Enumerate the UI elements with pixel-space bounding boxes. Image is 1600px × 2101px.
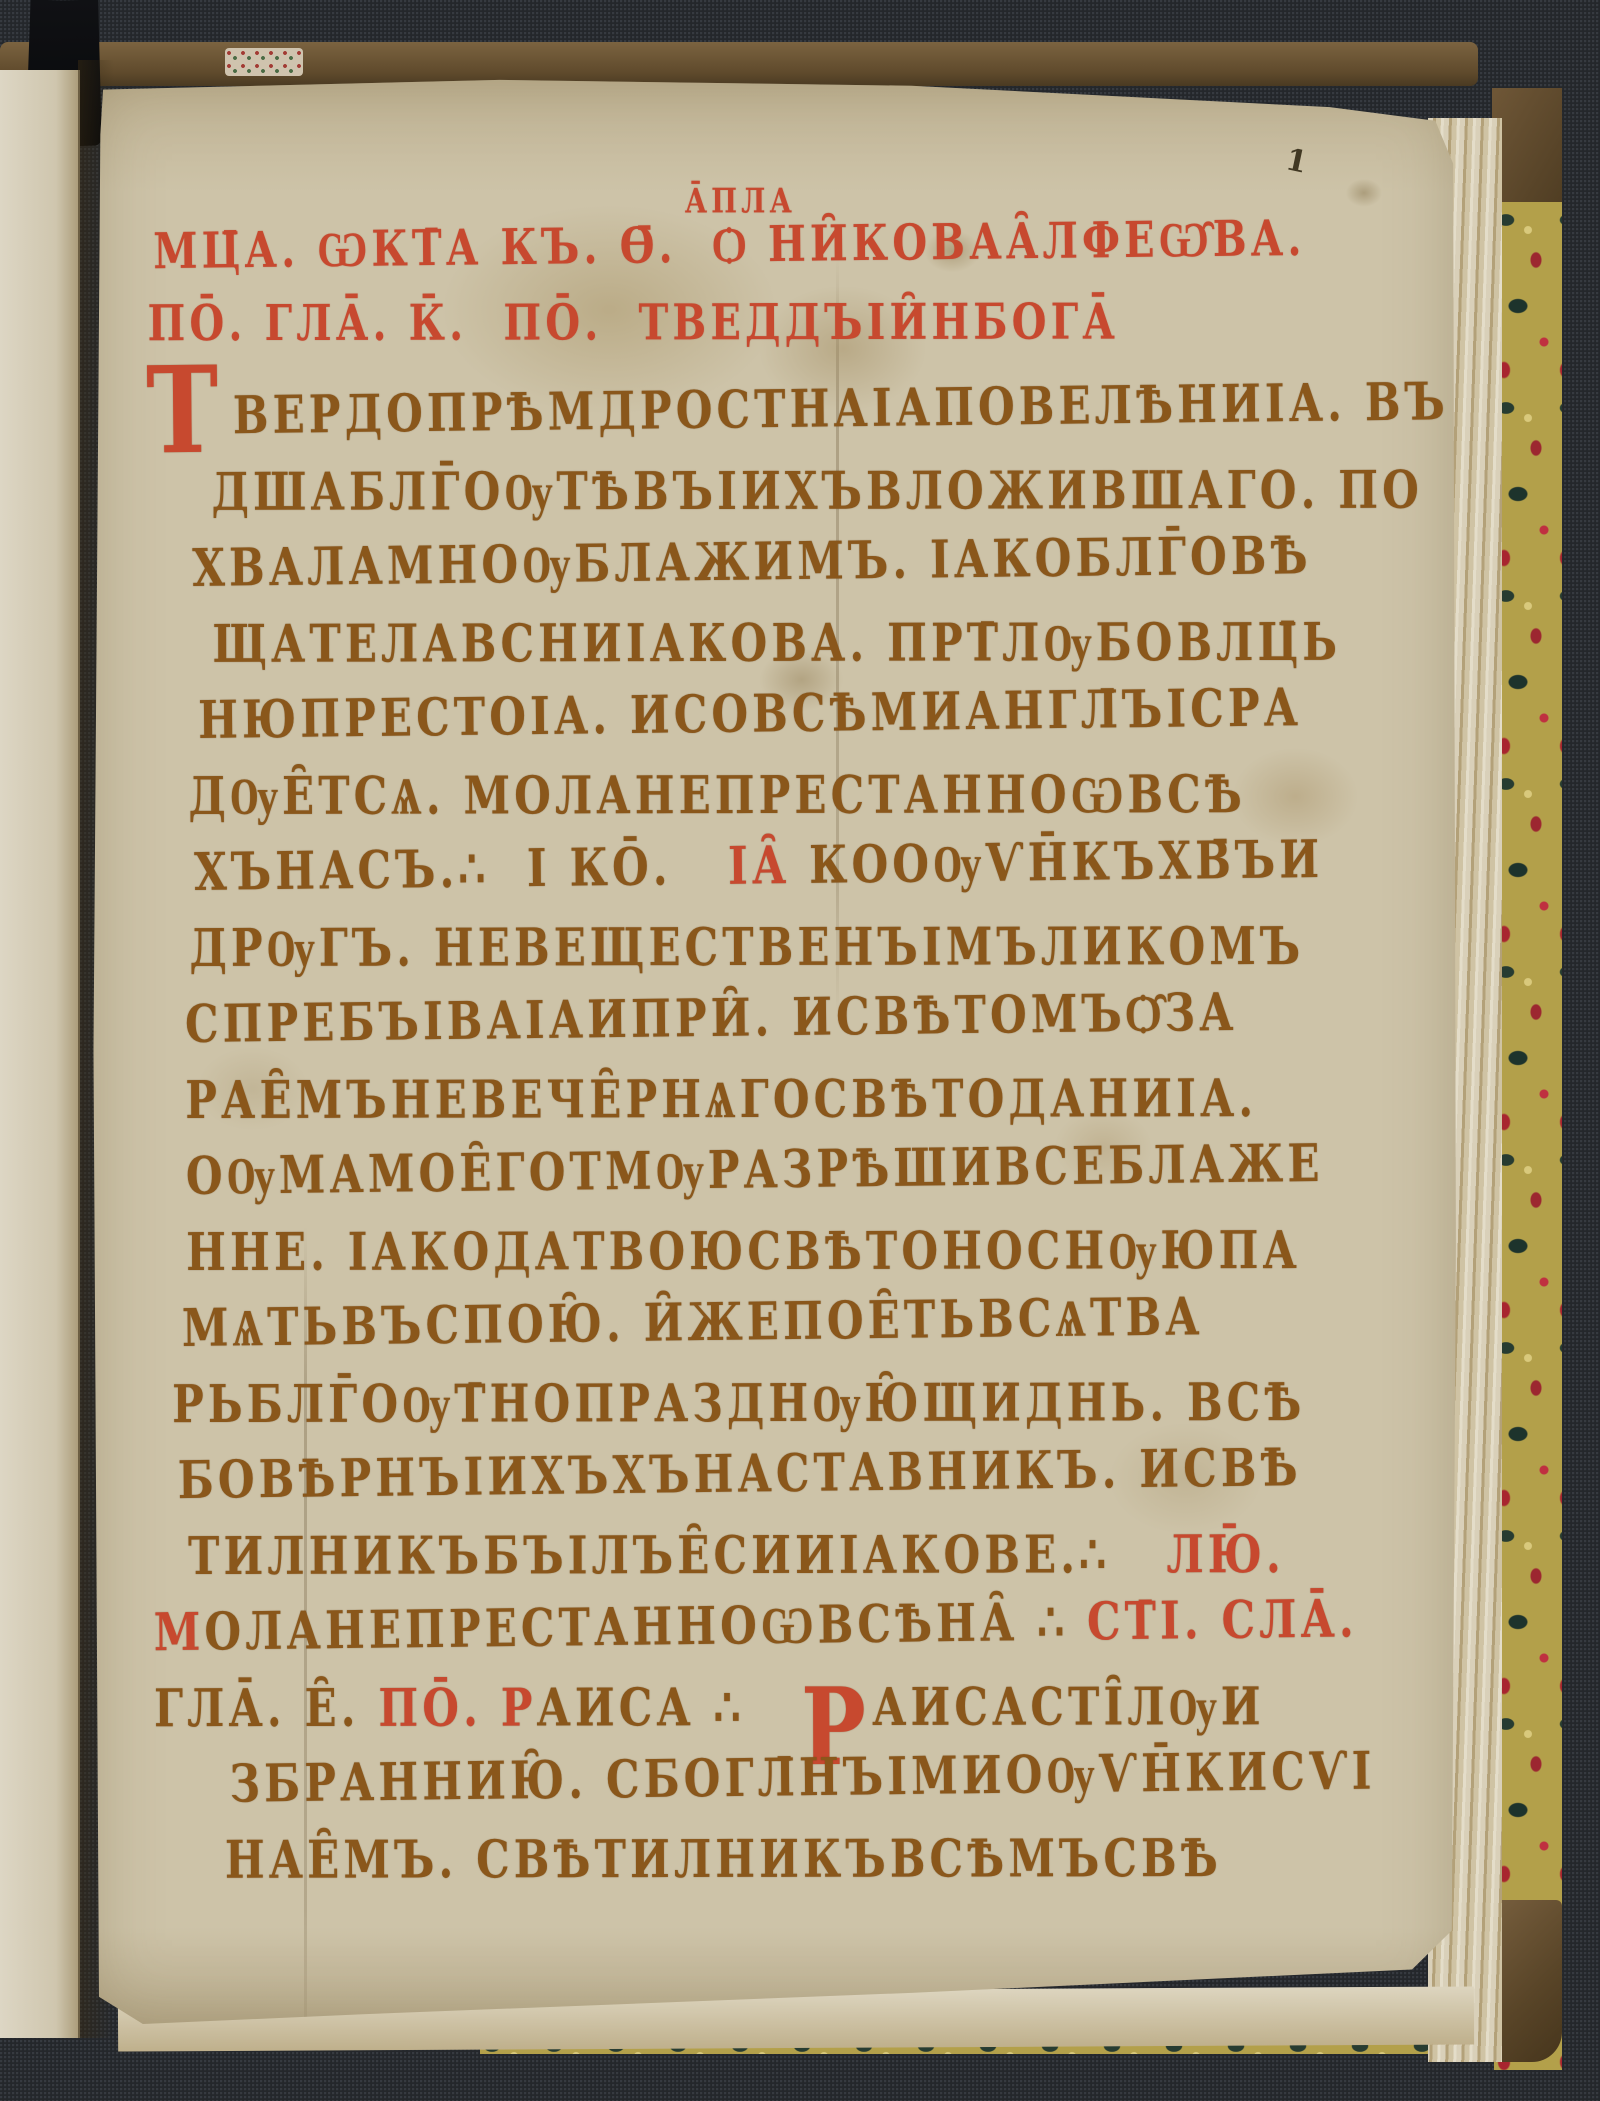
text-segment: іа̑	[728, 835, 791, 897]
text-segment: щателавсниіакова. прт̄лѹбовлц̄ь	[212, 612, 1341, 675]
text-segment: оланепрестанноѡвсѣна̑ ∴	[204, 1591, 1087, 1662]
text-segment: нне. іакодатвоюсвѣтоноснѹюпа	[186, 1220, 1301, 1283]
marbled-board-right	[1494, 202, 1562, 2070]
text-segment: по̄.	[378, 1678, 500, 1739]
endband	[225, 48, 303, 76]
facing-page-left	[0, 70, 80, 2038]
text-segment: лю̄.	[1166, 1524, 1285, 1585]
text-segment: хънасъ.∴ і ко̄.	[194, 836, 729, 903]
text-segment: збраннию̑. сбогл̄нъімиоѹѵн̄кисѵі	[229, 1740, 1375, 1814]
text-segment: кооѹѵн̄къхв̄ъи	[790, 829, 1323, 896]
text-segment: тилникъбъілъе̑сииіакове.∴	[188, 1524, 1167, 1587]
text-line: нае̑мъ. свѣтилникъвсѣмъсвѣ	[225, 1821, 1407, 1922]
text-segment: рае̑мъневече̑рнѧгосвѣтоданиіа.	[185, 1068, 1257, 1131]
manuscript-photo: 1 а̄пламц̄а. ѡкт̄а къ. ѳ̄. ѻ ни̑коваа̑лф…	[0, 0, 1600, 2101]
text-segment: дрѹгъ. невещественъімъликомъ	[189, 916, 1304, 979]
text-segment: рьблг̄оѹт̄нопразднѹю̑щиднь. всѣ	[172, 1372, 1306, 1435]
text-segment: аиса ∴	[536, 1677, 801, 1739]
text-segment: т	[146, 340, 219, 481]
parchment-page: 1 а̄пламц̄а. ѡкт̄а къ. ѳ̄. ѻ ни̑коваа̑лф…	[88, 76, 1460, 2024]
text-segment: мц̄а. ѡкт̄а къ. ѳ̄. ѻ ни̑коваа̑лфеѡ̑ва.	[153, 208, 1306, 280]
text-segment: мѧтьвъспою̑. и̑жепое̑тьвсѧтва	[182, 1286, 1204, 1359]
text-segment: м	[154, 1602, 205, 1664]
text-segment: р	[501, 1677, 537, 1738]
leather-cover-edge	[1492, 88, 1562, 216]
text-segment: сла̄.	[1221, 1588, 1358, 1651]
leather-spine-top	[0, 42, 1478, 86]
text-segment: дѹе̑тсѧ. моланепрестанноѡвсѣ	[188, 764, 1246, 827]
text-segment: оѹмамое̑готмѹразрѣшивсеблаже	[186, 1133, 1324, 1207]
text-segment: хваламноѹблажимъ. іакоблг̄овѣ	[192, 525, 1312, 599]
text-segment: гла̄. е̑.	[154, 1678, 379, 1740]
text-segment: спребъіваіаипри̑. исвѣтомъѻ̑за	[185, 982, 1238, 1055]
text-segment: вердопрѣмдростнаіаповелѣниіа. въ	[233, 371, 1450, 446]
text-block: а̄пламц̄а. ѡкт̄а къ. ѳ̄. ѻ ни̑коваа̑лфеѡ…	[145, 160, 1351, 1899]
text-segment: нае̑мъ. свѣтилникъвсѣмъсвѣ	[225, 1828, 1222, 1891]
text-segment: ст̄і.	[1087, 1590, 1222, 1653]
text-segment: аисасті̑лѹи	[872, 1676, 1265, 1738]
text-segment: бовѣрнъіихъхънаставникъ. исвѣ	[178, 1437, 1302, 1511]
text-segment: дшаблг̄оѹтѣвъіихъвложившаго. по	[212, 460, 1424, 523]
text-segment: по̄. гла̄. к̄. по̄. тведдъіи̑нбога̄	[147, 292, 1119, 352]
text-segment: нюпрестоіа. исовсѣмиангл̄ъісра	[198, 677, 1303, 751]
